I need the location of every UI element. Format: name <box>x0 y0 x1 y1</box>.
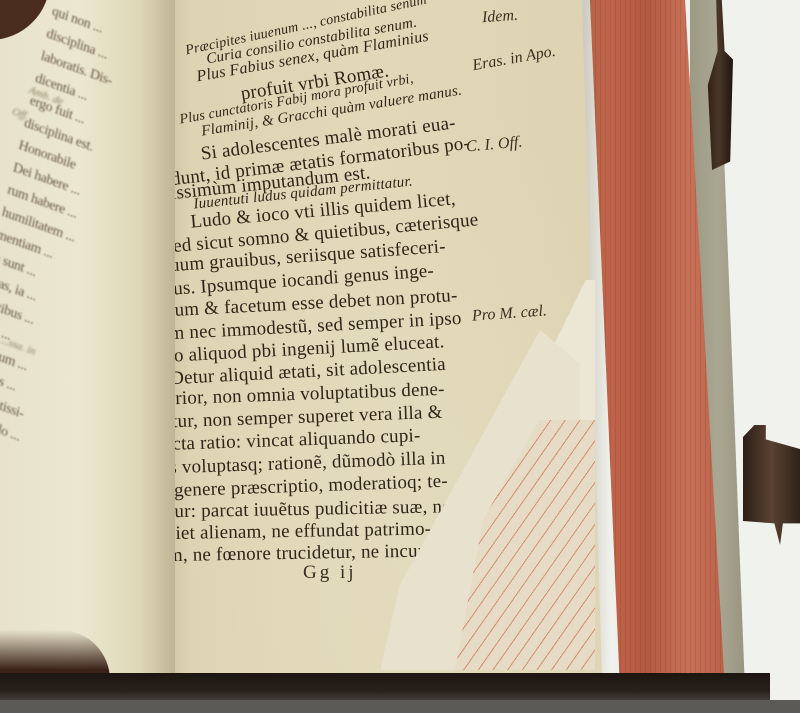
marginal-note: Idem. <box>481 7 518 27</box>
book-photo: Præcipites iuuenum ..., constabilita sen… <box>0 0 800 713</box>
cover-edge <box>0 700 800 713</box>
page-signature: Gg ij <box>303 562 357 584</box>
